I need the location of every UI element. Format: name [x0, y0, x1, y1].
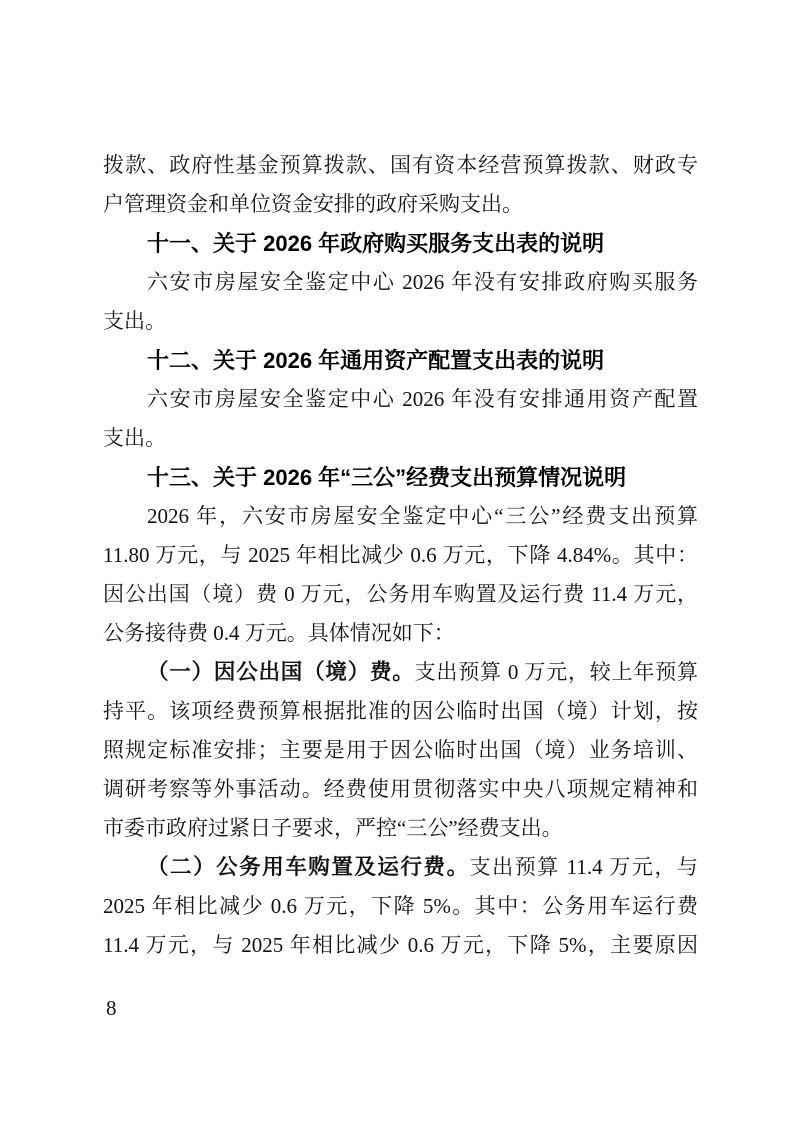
paragraph-line: 六安市房屋安全鉴定中心 2026 年没有安排通用资产配置	[103, 380, 698, 419]
section-heading-13: 十三、关于 2026 年“三公”经费支出预算情况说明	[103, 458, 698, 497]
paragraph-lead-bold: （一）因公出国（境）费。	[147, 660, 415, 684]
paragraph-line: 支出。	[103, 302, 698, 341]
paragraph-line: 因公出国（境）费 0 万元，公务用车购置及运行费 11.4 万元，	[103, 575, 698, 614]
paragraph-line: 持平。该项经费预算根据批准的因公临时出国（境）计划，按	[103, 692, 698, 731]
paragraph-line: 支出。	[103, 419, 698, 458]
paragraph-line: （二）公务用车购置及运行费。支出预算 11.4 万元，与	[103, 848, 698, 887]
paragraph-line: 公务接待费 0.4 万元。具体情况如下：	[103, 614, 698, 653]
paragraph-line: 照规定标准安排；主要是用于因公临时出国（境）业务培训、	[103, 731, 698, 770]
paragraph-lead-bold: （二）公务用车购置及运行费。	[147, 855, 470, 879]
paragraph-line: （一）因公出国（境）费。支出预算 0 万元，较上年预算	[103, 653, 698, 692]
paragraph-line: 2026 年，六安市房屋安全鉴定中心“三公”经费支出预算	[103, 497, 698, 536]
paragraph-lead-rest: 支出预算 11.4 万元，与	[470, 855, 698, 879]
document-body: 拨款、政府性基金预算拨款、国有资本经营预算拨款、财政专 户管理资金和单位资金安排…	[103, 146, 698, 965]
paragraph-line: 拨款、政府性基金预算拨款、国有资本经营预算拨款、财政专	[103, 146, 698, 185]
paragraph-lead-rest: 支出预算 0 万元，较上年预算	[415, 660, 698, 684]
paragraph-line: 2025 年相比减少 0.6 万元，下降 5%。其中：公务用车运行费	[103, 887, 698, 926]
section-heading-12: 十二、关于 2026 年通用资产配置支出表的说明	[103, 341, 698, 380]
section-heading-11: 十一、关于 2026 年政府购买服务支出表的说明	[103, 224, 698, 263]
paragraph-line: 11.80 万元，与 2025 年相比减少 0.6 万元，下降 4.84%。其中…	[103, 536, 698, 575]
paragraph-line: 六安市房屋安全鉴定中心 2026 年没有安排政府购买服务	[103, 263, 698, 302]
paragraph-line: 调研考察等外事活动。经费使用贯彻落实中央八项规定精神和	[103, 770, 698, 809]
document-page: 拨款、政府性基金预算拨款、国有资本经营预算拨款、财政专 户管理资金和单位资金安排…	[0, 0, 793, 1122]
paragraph-line: 户管理资金和单位资金安排的政府采购支出。	[103, 185, 698, 224]
paragraph-line: 市委市政府过紧日子要求，严控“三公”经费支出。	[103, 809, 698, 848]
page-number: 8	[106, 995, 117, 1021]
paragraph-line: 11.4 万元，与 2025 年相比减少 0.6 万元，下降 5%，主要原因	[103, 926, 698, 965]
